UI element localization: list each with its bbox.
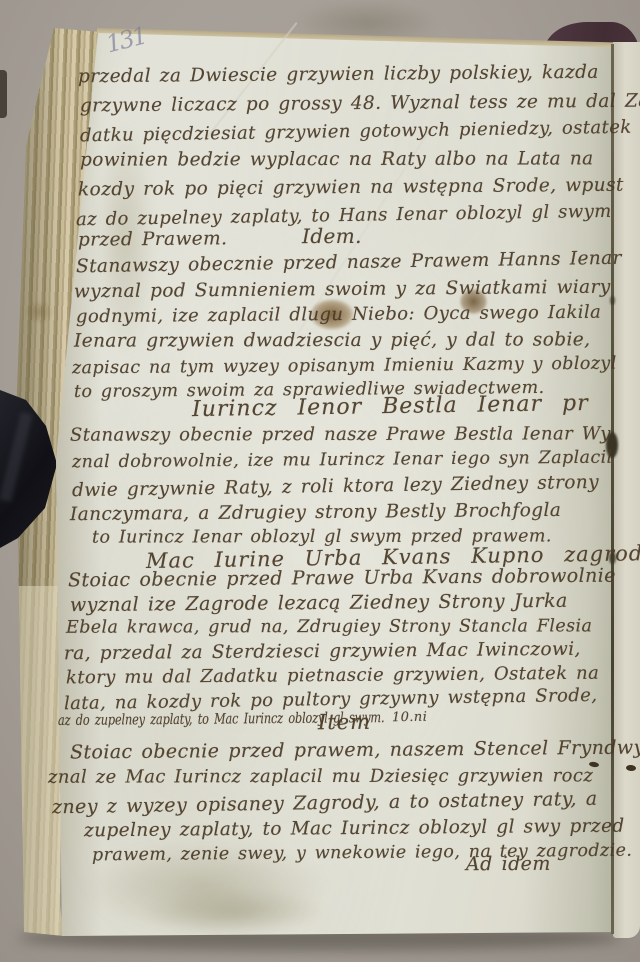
manuscript-line: wyznal ize Zagrode lezacą Ziedney Strony…	[70, 590, 568, 616]
manuscript-line: godnymi, ize zaplacil dlugu Niebo: Oyca …	[76, 302, 601, 328]
manuscript-line: Stoiac obecnie przed prawem, naszem Sten…	[70, 736, 640, 763]
manuscript-line: przedal za Dwiescie grzywien liczby pols…	[78, 62, 599, 88]
manuscript-heading: Iurincz Ienor Bestla Ienar pr	[192, 391, 589, 422]
manuscript-line: Stanawszy obecnie przed nasze Prawe Best…	[70, 423, 611, 445]
manuscript-line: Idem.	[302, 224, 362, 248]
manuscript-line: Ebela krawca, grud na, Zdrugiey Strony S…	[66, 616, 592, 637]
manuscript-line: wyznal pod Sumnieniem swoim y za Swiatka…	[74, 277, 611, 303]
handwritten-text-layer: przedal za Dwiescie grzywien liczby pols…	[0, 0, 640, 962]
manuscript-line: kozdy rok po pięci grzywien na wstępna S…	[78, 175, 624, 201]
manuscript-photo: 131 przedal za Dwiescie grzywien liczby …	[0, 0, 640, 962]
manuscript-line: przed Prawem.	[78, 228, 228, 250]
manuscript-line: 10.ni	[392, 710, 427, 726]
manuscript-line: Stoiac obecnie przed Prawe Urba Kvans do…	[68, 565, 616, 592]
manuscript-line: Ad idem	[466, 853, 551, 875]
manuscript-line: powinien bedzie wyplacac na Raty albo na…	[80, 148, 594, 170]
manuscript-line: zupelney zaplaty, to Mac Iurincz oblozyl…	[84, 816, 625, 842]
manuscript-line: Ianczymara, a Zdrugiey strony Bestly Bro…	[70, 500, 561, 525]
manuscript-line: zapisac na tym wyzey opisanym Imieniu Ka…	[72, 354, 617, 379]
manuscript-line: grzywne liczacz po grossy 48. Wyznal tes…	[80, 91, 640, 117]
manuscript-line: Stanawszy obecznie przed nasze Prawem Ha…	[76, 248, 622, 278]
manuscript-line: znal ze Mac Iurincz zaplacil mu Dziesięc…	[48, 765, 593, 787]
manuscript-line: dwie grzywnie Raty, z roli ktora lezy Zi…	[72, 472, 599, 501]
manuscript-line: ra, przedal za Sterdziesci grzywien Mac …	[64, 639, 581, 665]
manuscript-line: ktory mu dal Zadatku pietnascie grzywien…	[66, 663, 599, 689]
manuscript-line: prawem, zenie swey, y wnekowie iego, na …	[92, 841, 632, 866]
manuscript-line: znal dobrowolnie, ize mu Iurincz Ienar i…	[72, 448, 613, 473]
manuscript-line: Ienara grzywien dwadziescia y pięć, y da…	[74, 329, 590, 351]
manuscript-heading: Item	[318, 710, 371, 734]
manuscript-line: datku pięcdziesiat grzywien gotowych pie…	[80, 117, 632, 147]
manuscript-line: zney z wyzey opisaney Zagrody, a to osta…	[52, 788, 598, 819]
